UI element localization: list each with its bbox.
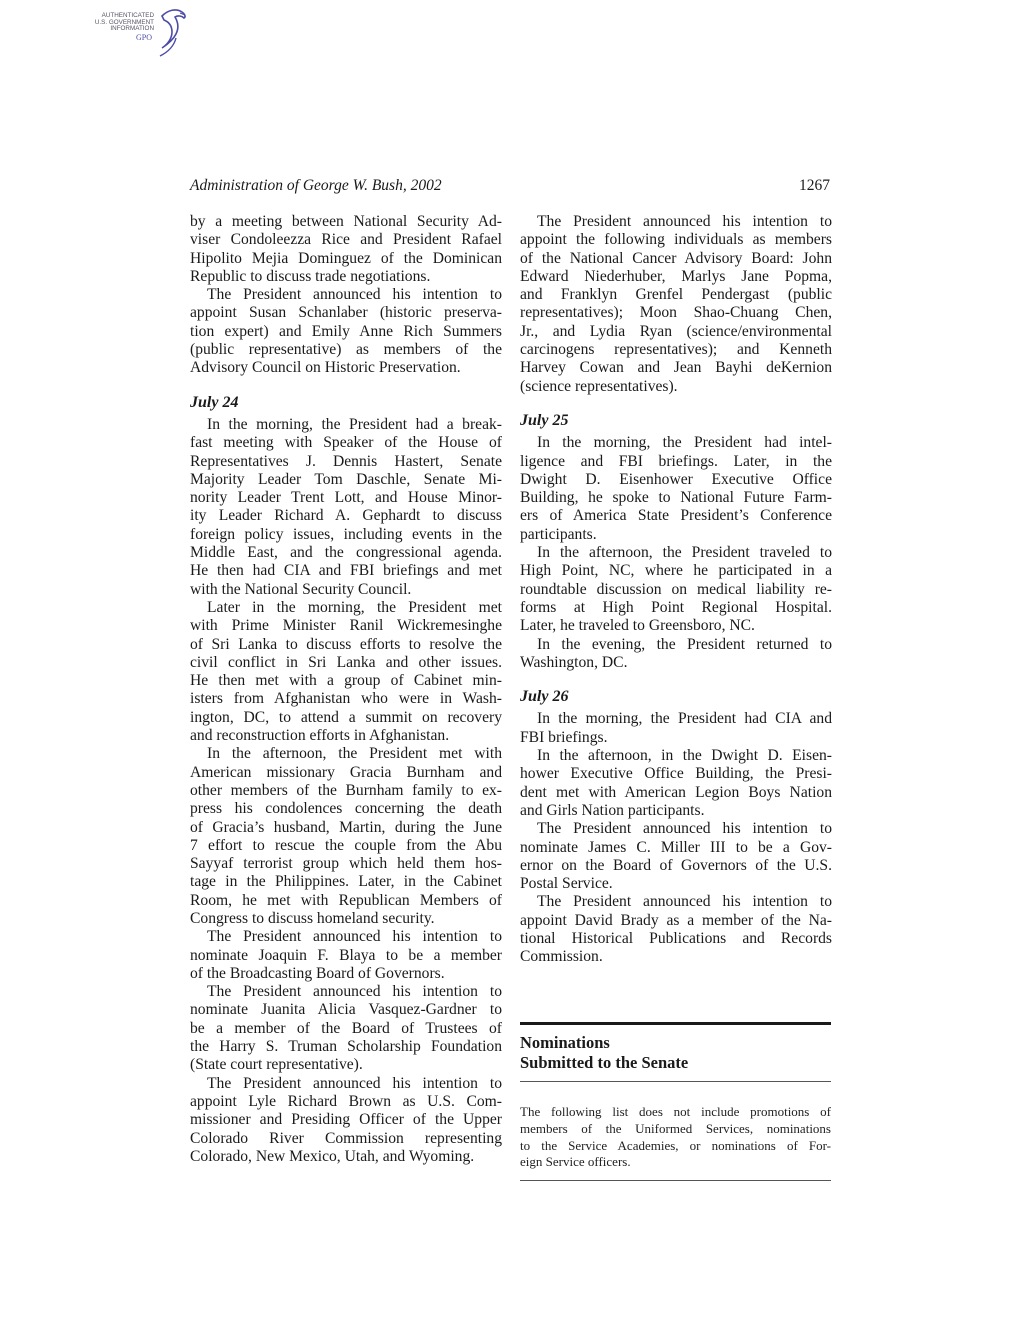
text-line: The President announced his intention to [190,286,502,304]
text-line: of Gracia’s husband, Martin, during the … [190,819,502,837]
text-line: Colorado River Commission representing [190,1130,502,1148]
section-heading-line-1: Nominations [520,1033,688,1053]
text-line: FBI briefings. [520,729,832,747]
text-line: and Girls Nation participants. [520,802,832,820]
text-line: In the morning, the President had CIA an… [520,710,832,728]
text-line: tage in the Philippines. Later, in the C… [190,873,502,891]
paragraph-evening-return: In the evening, the President returned t… [520,636,832,673]
running-head: Administration of George W. Bush, 2002 1… [190,177,830,197]
text-line: isters from Afghanistan who were in Wash… [190,690,502,708]
logo-mark: GPO [136,33,152,42]
text-line: nominate James C. Miller III to be a Gov… [520,839,832,857]
paragraph-breakfast-meeting: In the morning, the President had a brea… [190,416,502,599]
text-line: with Prime Minister Ranil Wickremesinghe [190,617,502,635]
text-line: Representatives J. Dennis Hastert, Senat… [190,453,502,471]
text-line: In the evening, the President returned t… [520,636,832,654]
date-heading-july-26: July 26 [520,688,832,706]
text-line: In the afternoon, the President traveled… [520,544,832,562]
text-line: Congress to discuss homeland security. [190,910,502,928]
text-line: Washington, DC. [520,654,832,672]
text-line: tional Historical Publications and Recor… [520,930,832,948]
text-line: Hipolito Mejia Dominguez of the Dominica… [190,250,502,268]
text-line: The President announced his intention to [190,1075,502,1093]
text-line: of the Broadcasting Board of Governors. [190,965,502,983]
text-line: missioner and Presiding Officer of the U… [190,1111,502,1129]
text-line: and Franklyn Grenfel Pendergast (public [520,286,832,304]
paragraph-brown: The President announced his intention to… [190,1075,502,1166]
text-line: 7 effort to rescue the couple from the A… [190,837,502,855]
text-line: ity Leader Richard A. Gephardt to discus… [190,507,502,525]
section-rule-top [520,1022,831,1025]
text-line: appoint the following individuals as mem… [520,231,832,249]
text-line: appoint David Brady as a member of the N… [520,912,832,930]
text-line: Sayyaf terrorist group which held them h… [190,855,502,873]
text-line: Republic to discuss trade negotiations. [190,268,502,286]
text-line: Colorado, New Mexico, Utah, and Wyoming. [190,1148,502,1166]
text-line: of the National Cancer Advisory Board: J… [520,250,832,268]
text-line: and reconstruction efforts in Afghanista… [190,727,502,745]
date-heading-july-24: July 24 [190,394,502,412]
text-line: The President announced his intention to [190,983,502,1001]
section-heading-line-2: Submitted to the Senate [520,1053,688,1073]
paragraph-boys-girls-nation: In the afternoon, in the Dwight D. Eisen… [520,747,832,820]
text-line: In the afternoon, in the Dwight D. Eisen… [520,747,832,765]
text-line: The President announced his intention to [520,893,832,911]
text-line: Dwight D. Eisenhower Executive Office [520,471,832,489]
paragraph-cia-fbi: In the morning, the President had CIA an… [520,710,832,747]
eagle-icon [158,6,188,62]
logo-line-3: INFORMATION [76,26,154,33]
text-line: He then met with a group of Cabinet min- [190,672,502,690]
section-rule-bottom [520,1180,831,1181]
text-line: Jr., and Lydia Ryan (science/environment… [520,323,832,341]
text-line: be a member of the Board of Trustees of [190,1020,502,1038]
text-line: roundtable discussion on medical liabili… [520,581,832,599]
text-line: In the morning, the President had a brea… [190,416,502,434]
text-line: Later in the morning, the President met [190,599,502,617]
text-line: carcinogens representatives); and Kennet… [520,341,832,359]
paragraph-burnham: In the afternoon, the President met with… [190,745,502,928]
right-column: The President announced his intention to… [520,213,832,967]
text-line: (science representatives). [520,378,832,396]
text-line: ligence and FBI briefings. Later, in the [520,453,832,471]
text-line: other members of the Burnham family to e… [190,782,502,800]
paragraph-continuation: by a meeting between National Security A… [190,213,502,286]
paragraph-intelligence-briefings: In the morning, the President had intel-… [520,434,832,544]
text-line: by a meeting between National Security A… [190,213,502,231]
text-line: appoint Susan Schanlaber (historic prese… [190,304,502,322]
text-line: fast meeting with Speaker of the House o… [190,434,502,452]
text-line: Edward Niederhuber, Marlys Jane Popma, [520,268,832,286]
text-line: dent met with American Legion Boys Natio… [520,784,832,802]
text-line: American missionary Gracia Burnham and [190,764,502,782]
paragraph-high-point: In the afternoon, the President traveled… [520,544,832,635]
text-line: Advisory Council on Historic Preservatio… [190,359,502,377]
text-line: of Sri Lanka to discuss efforts to resol… [190,636,502,654]
text-line: ernor on the Board of Governors of the U… [520,857,832,875]
text-line: to the Service Academies, or nominations… [520,1138,831,1155]
text-line: nority Leader Trent Lott, and House Mino… [190,489,502,507]
text-line: In the afternoon, the President met with [190,745,502,763]
text-line: High Point, NC, where he participated in… [520,562,832,580]
text-line: nominate Juanita Alicia Vasquez-Gardner … [190,1001,502,1019]
text-line: hower Executive Office Building, the Pre… [520,765,832,783]
paragraph-advisory-council: The President announced his intention to… [190,286,502,377]
text-line: Harvey Cowan and Jean Bayhi deKernion [520,359,832,377]
paragraph-sri-lanka: Later in the morning, the President met … [190,599,502,745]
text-line: nominate Joaquin F. Blaya to be a member [190,947,502,965]
text-line: (public representative) as members of th… [190,341,502,359]
text-line: The following list does not include prom… [520,1104,831,1121]
paragraph-blaya: The President announced his intention to… [190,928,502,983]
text-line: In the morning, the President had intel- [520,434,832,452]
text-line: forms at High Point Regional Hospital. [520,599,832,617]
text-line: Later, he traveled to Greensboro, NC. [520,617,832,635]
text-line: Middle East, and the congressional agend… [190,544,502,562]
left-column: by a meeting between National Security A… [190,213,502,1166]
text-line: Majority Leader Tom Daschle, Senate Mi- [190,471,502,489]
publication-title: Administration of George W. Bush, 2002 [190,177,442,195]
text-line: The President announced his intention to [520,820,832,838]
text-line: Postal Service. [520,875,832,893]
text-line: the Harry S. Truman Scholarship Foundati… [190,1038,502,1056]
section-rule-middle [520,1081,831,1082]
nominations-note: The following list does not include prom… [520,1104,831,1171]
text-line: representatives); Moon Shao-Chuang Chen, [520,304,832,322]
page-number: 1267 [799,177,830,195]
text-line: The President announced his intention to [520,213,832,231]
text-line: ington, DC, to attend a summit on recove… [190,709,502,727]
paragraph-vasquez-gardner: The President announced his intention to… [190,983,502,1074]
section-heading-nominations: Nominations Submitted to the Senate [520,1033,688,1073]
text-line: with the National Security Council. [190,581,502,599]
date-heading-july-25: July 25 [520,412,832,430]
paragraph-brady: The President announced his intention to… [520,893,832,966]
text-line: press his condolences concerning the dea… [190,800,502,818]
gpo-authentication-logo: AUTHENTICATED U.S. GOVERNMENT INFORMATIO… [76,6,186,62]
text-line: Room, he met with Republican Members of [190,892,502,910]
text-line: Commission. [520,948,832,966]
text-line: (State court representative). [190,1056,502,1074]
text-line: Building, he spoke to National Future Fa… [520,489,832,507]
text-line: viser Condoleezza Rice and President Raf… [190,231,502,249]
text-line: He then had CIA and FBI briefings and me… [190,562,502,580]
text-line: participants. [520,526,832,544]
text-line: The President announced his intention to [190,928,502,946]
text-line: appoint Lyle Richard Brown as U.S. Com- [190,1093,502,1111]
paragraph-miller: The President announced his intention to… [520,820,832,893]
text-line: members of the Uniformed Services, nomin… [520,1121,831,1138]
paragraph-cancer-board: The President announced his intention to… [520,213,832,396]
text-line: tion expert) and Emily Anne Rich Summers [190,323,502,341]
text-line: ers of America State President’s Confere… [520,507,832,525]
text-line: civil conflict in Sri Lanka and other is… [190,654,502,672]
text-line: eign Service officers. [520,1154,831,1171]
text-line: foreign policy issues, including events … [190,526,502,544]
